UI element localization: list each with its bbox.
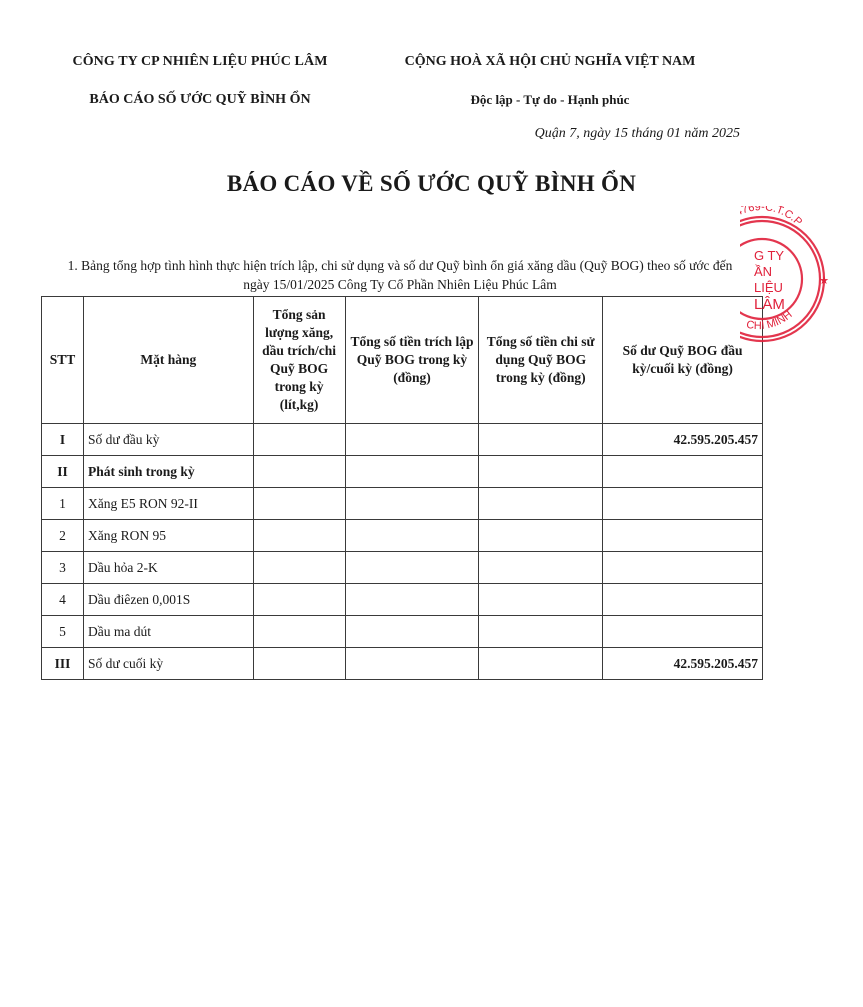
cell-fund-in [345, 648, 479, 680]
bog-fund-table: STT Mặt hàng Tổng sản lượng xăng, dầu tr… [41, 296, 763, 680]
cell-balance [603, 584, 763, 616]
report-short-title: BÁO CÁO SỐ ƯỚC QUỸ BÌNH ỔN [40, 92, 360, 108]
cell-balance [603, 456, 763, 488]
cell-fund-out [479, 488, 603, 520]
column-header-item: Mặt hàng [83, 297, 253, 424]
table-row: 3 Dầu hỏa 2-K [42, 552, 763, 584]
cell-balance [603, 616, 763, 648]
column-header-quantity: Tổng sản lượng xăng, dầu trích/chi Quỹ B… [253, 297, 345, 424]
cell-stt: I [42, 424, 84, 456]
cell-fund-out [479, 520, 603, 552]
place-date: Quận 7, ngày 15 tháng 01 năm 2025 [440, 126, 740, 142]
intro-line-1: 1. Bảng tổng hợp tình hình thực hiện trí… [30, 256, 770, 275]
cell-quantity [253, 488, 345, 520]
cell-fund-in [345, 552, 479, 584]
cell-fund-in [345, 616, 479, 648]
cell-fund-out [479, 616, 603, 648]
table-row: III Số dư cuối kỳ 42.595.205.457 [42, 648, 763, 680]
table-row: 1 Xăng E5 RON 92-II [42, 488, 763, 520]
cell-quantity [253, 424, 345, 456]
cell-quantity [253, 520, 345, 552]
cell-item: Dầu ma dút [83, 616, 253, 648]
cell-balance [603, 488, 763, 520]
cell-fund-out [479, 648, 603, 680]
cell-item: Xăng E5 RON 92-II [83, 488, 253, 520]
table-row: 4 Dầu điêzen 0,001S [42, 584, 763, 616]
company-seal-stamp-icon: 04769-C.T.C.P CHÍ MINH ★ G TY ẦN LIỆU LÂ… [740, 206, 850, 356]
cell-balance: 42.595.205.457 [603, 648, 763, 680]
table-header-row: STT Mặt hàng Tổng sản lượng xăng, dầu tr… [42, 297, 763, 424]
table-row: 5 Dầu ma dút [42, 616, 763, 648]
table-row: I Số dư đầu kỳ 42.595.205.457 [42, 424, 763, 456]
cell-quantity [253, 616, 345, 648]
table-row: 2 Xăng RON 95 [42, 520, 763, 552]
cell-fund-in [345, 488, 479, 520]
cell-fund-in [345, 456, 479, 488]
cell-stt: 2 [42, 520, 84, 552]
column-header-fund-out: Tổng số tiền chi sử dụng Quỹ BOG trong k… [479, 297, 603, 424]
column-header-balance: Số dư Quỹ BOG đầu kỳ/cuối kỳ (đồng) [603, 297, 763, 424]
cell-fund-in [345, 520, 479, 552]
cell-stt: 3 [42, 552, 84, 584]
cell-balance [603, 520, 763, 552]
column-header-stt: STT [42, 297, 84, 424]
cell-fund-in [345, 424, 479, 456]
cell-fund-out [479, 584, 603, 616]
svg-text:★: ★ [819, 275, 829, 287]
stamp-line-3: LIỆU [754, 280, 783, 295]
national-title: CỘNG HOÀ XÃ HỘI CHỦ NGHĨA VIỆT NAM [385, 54, 715, 70]
stamp-line-2: ẦN [754, 264, 772, 279]
stamp-line-1: G TY [754, 248, 784, 263]
cell-stt: III [42, 648, 84, 680]
cell-quantity [253, 456, 345, 488]
cell-stt: 4 [42, 584, 84, 616]
cell-item: Số dư đầu kỳ [83, 424, 253, 456]
cell-item: Số dư cuối kỳ [83, 648, 253, 680]
national-motto: Độc lập - Tự do - Hạnh phúc [385, 92, 715, 108]
cell-stt: II [42, 456, 84, 488]
cell-item: Xăng RON 95 [83, 520, 253, 552]
column-header-fund-in: Tổng số tiền trích lập Quỹ BOG trong kỳ … [345, 297, 479, 424]
cell-fund-out [479, 424, 603, 456]
cell-balance: 42.595.205.457 [603, 424, 763, 456]
cell-item: Dầu điêzen 0,001S [83, 584, 253, 616]
cell-item: Dầu hỏa 2-K [83, 552, 253, 584]
cell-balance [603, 552, 763, 584]
cell-item: Phát sinh trong kỳ [83, 456, 253, 488]
cell-quantity [253, 584, 345, 616]
intro-line-2: ngày 15/01/2025 Công Ty Cổ Phần Nhiên Li… [30, 275, 770, 294]
cell-fund-out [479, 456, 603, 488]
page-title: BÁO CÁO VỀ SỐ ƯỚC QUỸ BÌNH ỔN [0, 171, 863, 197]
cell-stt: 5 [42, 616, 84, 648]
stamp-line-4: LÂM [754, 296, 785, 313]
cell-fund-out [479, 552, 603, 584]
intro-paragraph: 1. Bảng tổng hợp tình hình thực hiện trí… [30, 256, 770, 294]
cell-stt: 1 [42, 488, 84, 520]
cell-quantity [253, 552, 345, 584]
cell-fund-in [345, 584, 479, 616]
company-name: CÔNG TY CP NHIÊN LIỆU PHÚC LÂM [40, 54, 360, 70]
table-row: II Phát sinh trong kỳ [42, 456, 763, 488]
cell-quantity [253, 648, 345, 680]
